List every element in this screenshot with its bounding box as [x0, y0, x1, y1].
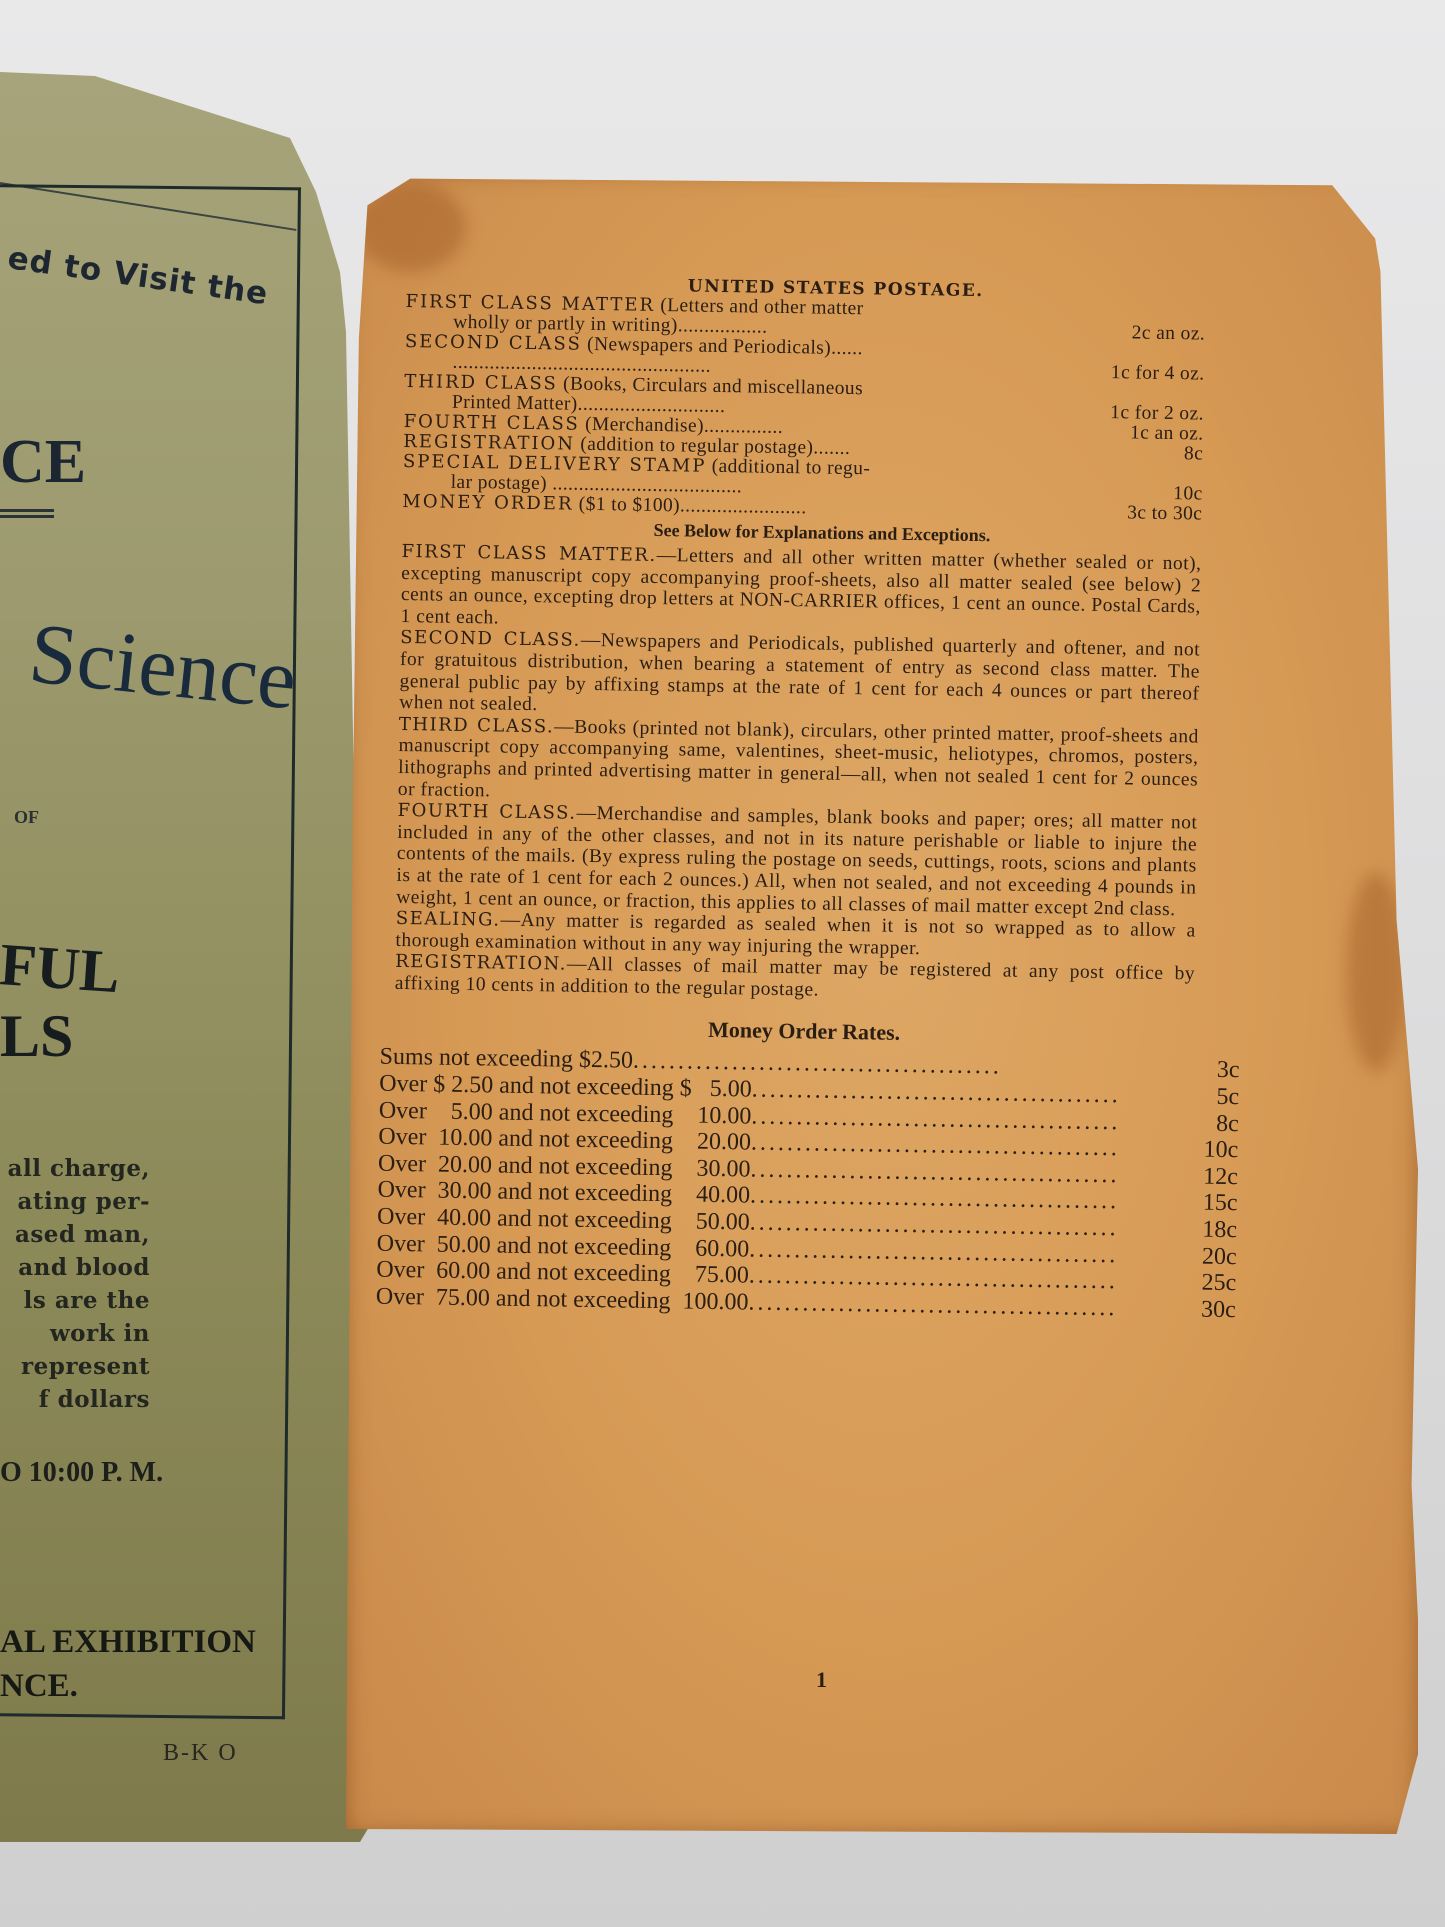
- cover-paragraph-line: work in: [0, 1317, 150, 1350]
- cover-double-rule: [0, 509, 54, 518]
- cover-exhibition-line1: AL EXHIBITION: [0, 1620, 256, 1664]
- edge-stain: [1346, 872, 1406, 1072]
- booklet-cover-page: ed to Visit the CE Science OF FUL LS all…: [0, 72, 372, 1842]
- cover-paragraph-line: f dollars: [0, 1383, 150, 1416]
- section-first-class: FIRST CLASS MATTER.—Letters and all othe…: [400, 541, 1201, 640]
- cover-paragraph-line: all charge,: [0, 1152, 150, 1185]
- section-fourth-class: FOURTH CLASS.—Merchandise and samples, b…: [396, 800, 1198, 921]
- cover-paragraph-line: ating per-: [0, 1185, 150, 1218]
- postage-rates-page: UNITED STATES POSTAGE. FIRST CLASS MATTE…: [346, 172, 1418, 1834]
- section-third-class: THIRD CLASS.—Books (printed not blank), …: [398, 714, 1199, 813]
- cover-printer-code: B-K O: [163, 1740, 238, 1767]
- corner-stain: [356, 182, 466, 272]
- cover-paragraph: all charge, ating per- ased man, and blo…: [0, 1152, 150, 1416]
- cover-title-fragment: CE: [0, 427, 86, 498]
- cover-title2-line1: FUL: [0, 930, 122, 1007]
- cover-paragraph-line: represent: [0, 1350, 150, 1383]
- cover-paragraph-line: ls are the: [0, 1284, 150, 1317]
- cover-hours: O 10:00 P. M.: [0, 1457, 163, 1489]
- rates-summary: FIRST CLASS MATTER (Letters and other ma…: [402, 292, 1205, 525]
- money-order-table: Sums not exceeding $2.50................…: [376, 1044, 1240, 1323]
- cover-paragraph-line: and blood: [0, 1251, 150, 1284]
- cover-exhibition-line2: NCE.: [0, 1664, 256, 1708]
- cover-of-word: OF: [14, 807, 39, 828]
- page-number: 1: [816, 1667, 827, 1693]
- explanation-sections: FIRST CLASS MATTER.—Letters and all othe…: [395, 541, 1202, 1007]
- cover-paragraph-line: ased man,: [0, 1218, 150, 1251]
- section-second-class: SECOND CLASS.—Newspapers and Periodicals…: [399, 627, 1200, 726]
- page-content: UNITED STATES POSTAGE. FIRST CLASS MATTE…: [390, 272, 1206, 1323]
- cover-exhibition-text: AL EXHIBITION NCE.: [0, 1620, 256, 1708]
- money-order-title: Money Order Rates.: [414, 1013, 1194, 1051]
- cover-title2-line2: LS: [0, 1002, 73, 1071]
